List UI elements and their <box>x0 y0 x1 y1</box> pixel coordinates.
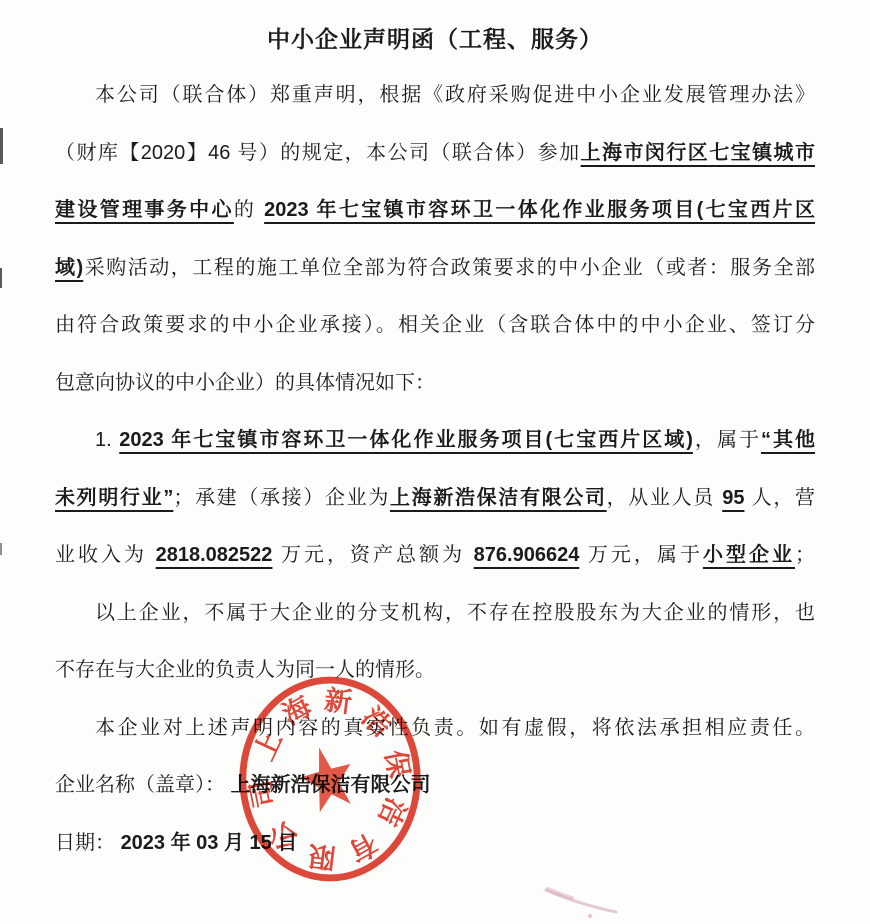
text-run: 不存在与大企业的负责人为同一人的情形。 <box>55 659 435 681</box>
document-line: 由符合政策要求的中小企业承接）。相关企业（含联合体中的中小企业、签订分 <box>55 297 815 355</box>
underlined-value: 域) <box>55 257 83 279</box>
text-run: 由符合政策要求的中小企业承接）。相关企业（含联合体中的中小企业、签订分 <box>55 314 815 336</box>
scan-speck <box>0 543 2 555</box>
text-run: 日期： <box>55 832 121 854</box>
text-run: 业收入为 <box>55 544 156 566</box>
text-run: （财库【2020】46 号）的规定，本公司（联合体）参加 <box>55 142 581 164</box>
document-line: 业收入为 2818.082522 万元，资产总额为 876.906624 万元，… <box>55 527 815 585</box>
document-body: 本公司（联合体）郑重声明，根据《政府采购促进中小企业发展管理办法》（财库【202… <box>55 67 815 872</box>
underlined-value: 95 <box>722 487 744 509</box>
underlined-value: 建设管理事务中心 <box>55 199 234 221</box>
text-run: 万元，属于 <box>579 544 703 566</box>
document-title: 中小企业声明函（工程、服务） <box>0 21 870 54</box>
text-run: 以上企业，不属于大企业的分支机构，不存在控股股东为大企业的情形，也 <box>95 602 815 624</box>
document-page: 中小企业声明函（工程、服务） 本公司（联合体）郑重声明，根据《政府采购促进中小企… <box>0 0 870 924</box>
text-run: 包意向协议的中小企业）的具体情况如下： <box>55 372 435 394</box>
bold-value: 上海新浩保洁有限公司 <box>231 774 431 796</box>
document-line: 本公司（联合体）郑重声明，根据《政府采购促进中小企业发展管理办法》 <box>55 67 815 125</box>
underlined-value: 2818.082522 <box>156 544 273 566</box>
text-run: ，属于 <box>693 429 761 451</box>
text-run: ； <box>795 544 815 566</box>
document-line: 企业名称（盖章）： 上海新浩保洁有限公司 <box>55 757 815 815</box>
document-line: 建设管理事务中心的 2023 年七宝镇市容环卫一体化作业服务项目(七宝西片区 <box>55 182 815 240</box>
document-line: 未列明行业”；承建（承接）企业为上海新浩保洁有限公司，从业人员 95 人，营 <box>55 470 815 528</box>
underlined-value: 上海新浩保洁有限公司 <box>390 487 607 509</box>
underlined-value: 2023 年七宝镇市容环卫一体化作业服务项目(七宝西片区 <box>264 199 815 221</box>
bold-value: 2023 年 03 月 15 日 <box>121 832 298 854</box>
text-run: 采购活动，工程的施工单位全部为符合政策要求的中小企业（或者：服务全部 <box>83 257 815 279</box>
document-line: 1. 2023 年七宝镇市容环卫一体化作业服务项目(七宝西片区域)，属于“其他 <box>55 412 815 470</box>
document-line: 以上企业，不属于大企业的分支机构，不存在控股股东为大企业的情形，也 <box>55 585 815 643</box>
underlined-value: 未列明行业” <box>55 487 173 509</box>
text-run: 本公司（联合体）郑重声明，根据《政府采购促进中小企业发展管理办法》 <box>95 84 815 106</box>
text-run: 企业名称（盖章）： <box>55 774 231 796</box>
text-run: 本企业对上述声明内容的真实性负责。如有虚假，将依法承担相应责任。 <box>95 717 815 739</box>
underlined-value: 2023 年七宝镇市容环卫一体化作业服务项目(七宝西片区域) <box>119 429 693 451</box>
underlined-value: “其他 <box>761 429 815 451</box>
underlined-value: 876.906624 <box>474 544 580 566</box>
document-line: 不存在与大企业的负责人为同一人的情形。 <box>55 642 815 700</box>
scan-speck <box>0 128 3 164</box>
text-run: 的 <box>234 199 264 221</box>
document-line: 日期： 2023 年 03 月 15 日 <box>55 815 815 873</box>
document-line: 域)采购活动，工程的施工单位全部为符合政策要求的中小企业（或者：服务全部 <box>55 240 815 298</box>
document-line: 本企业对上述声明内容的真实性负责。如有虚假，将依法承担相应责任。 <box>55 700 815 758</box>
ink-smudge <box>538 878 678 924</box>
text-run: 1. <box>95 429 119 451</box>
scan-speck <box>0 268 2 288</box>
text-run: 万元，资产总额为 <box>272 544 473 566</box>
document-line: 包意向协议的中小企业）的具体情况如下： <box>55 355 815 413</box>
text-run: ，从业人员 <box>607 487 723 509</box>
text-run: 人，营 <box>744 487 815 509</box>
document-line: （财库【2020】46 号）的规定，本公司（联合体）参加上海市闵行区七宝镇城市 <box>55 125 815 183</box>
underlined-value: 小型企业 <box>703 544 795 566</box>
underlined-value: 上海市闵行区七宝镇城市 <box>581 142 815 164</box>
text-run: ；承建（承接）企业为 <box>173 487 390 509</box>
